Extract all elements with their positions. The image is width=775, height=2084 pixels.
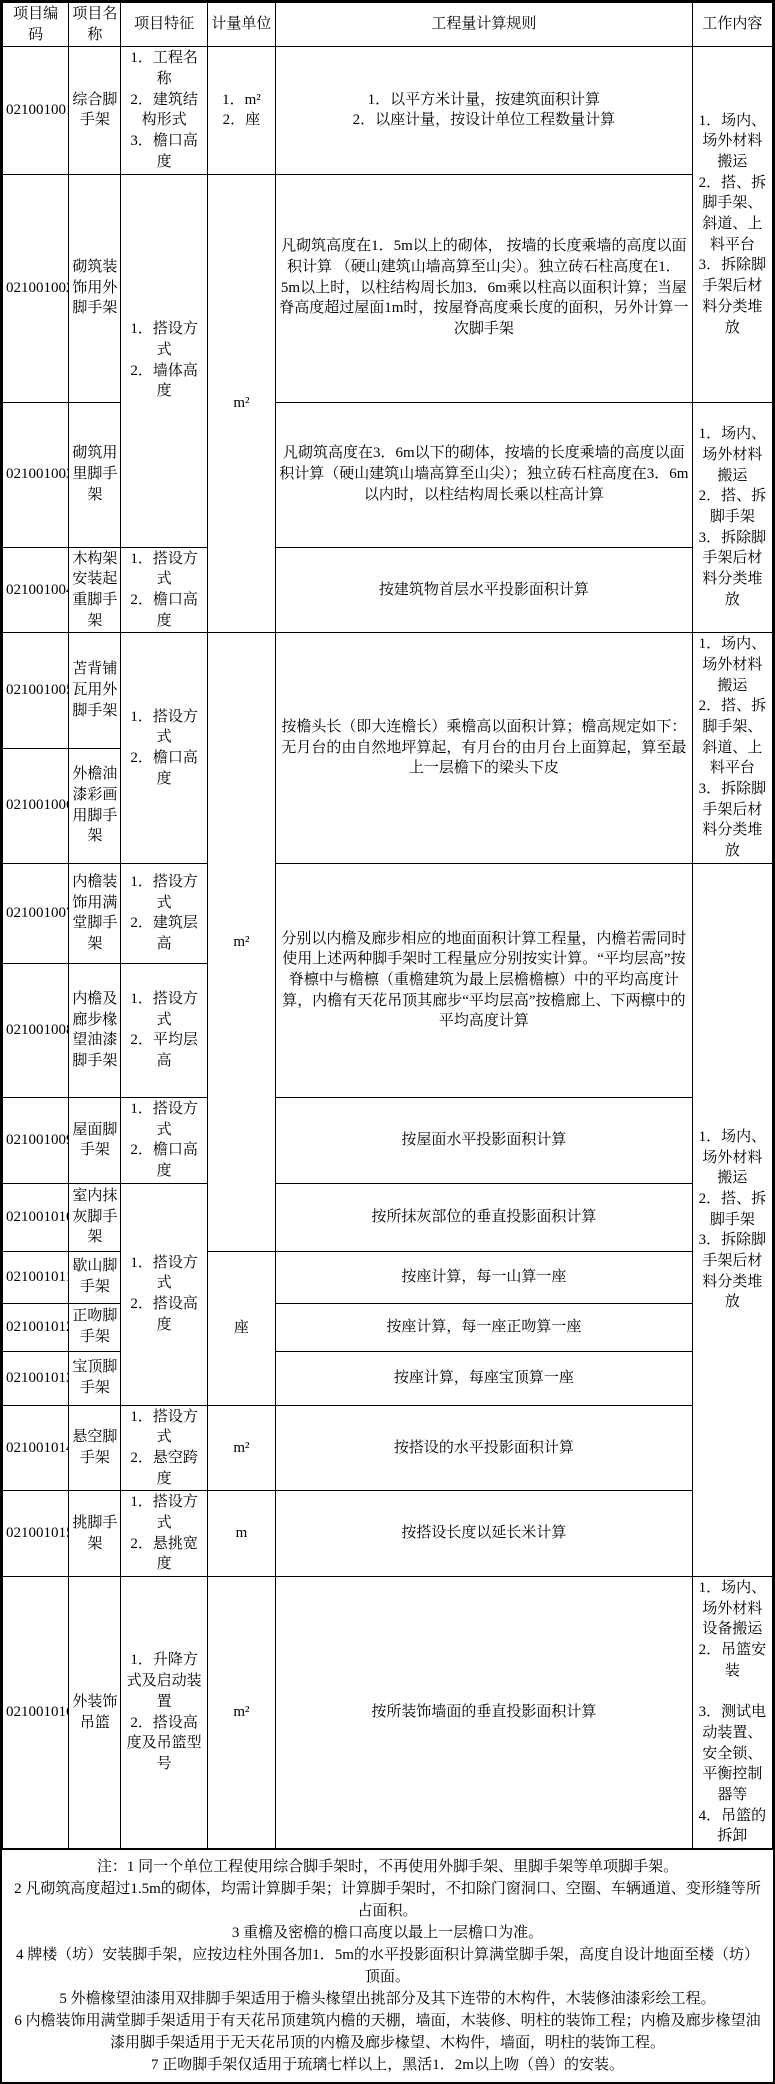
row6-name: 外檐油漆彩画用脚手架 bbox=[69, 748, 121, 863]
row12-code: 021001012 bbox=[3, 1303, 69, 1351]
row13-code: 021001013 bbox=[3, 1351, 69, 1405]
row5-name: 苫背铺瓦用外脚手架 bbox=[69, 633, 121, 748]
feature-cell-rows5-6: 1．搭设方式 2．檐口高度 bbox=[121, 633, 207, 864]
table-notes: 注：1 同一个单位工程使用综合脚手架时，不再使用外脚手架、里脚手架等单项脚手架。… bbox=[2, 1849, 773, 2082]
row16-rule: 按所装饰墙面的垂直投影面积计算 bbox=[276, 1577, 693, 1849]
table-row: 021001015 挑脚手架 1．搭设方式 2．悬挑宽度 m 按搭设长度以延长米… bbox=[3, 1491, 773, 1577]
note-7: 7 正吻脚手架仅适用于琉璃七样以上，黑活1．2m以上吻（兽）的安装。 bbox=[12, 2054, 763, 2076]
work-cell-rows7-15: 1．场内、场外材料搬运 2．搭、拆脚手架 3．拆除脚手架后材料分类堆放 bbox=[692, 863, 772, 1576]
row9-rule: 按屋面水平投影面积计算 bbox=[276, 1097, 693, 1183]
work-cell-row16: 1．场内、场外材料设备搬运 2．吊篮安装 3．测试电动装置、安全锁、平衡控制器等… bbox=[692, 1577, 772, 1849]
row16-feature: 1．升降方式及启动装置 2．搭设高度及吊篮型号 bbox=[121, 1577, 207, 1849]
row11-name: 歇山脚手架 bbox=[69, 1251, 121, 1303]
row16-name: 外装饰吊篮 bbox=[69, 1577, 121, 1849]
row15-unit: m bbox=[207, 1491, 275, 1577]
unit-cell-rows11-13: 座 bbox=[207, 1251, 275, 1405]
row7-code: 021001007 bbox=[3, 863, 69, 963]
row14-feature: 1．搭设方式 2．悬空跨度 bbox=[121, 1405, 207, 1491]
note-3: 3 重檐及密檐的檐口高度以最上一层檐口为准。 bbox=[12, 1922, 763, 1944]
table-row: 021001001 综合脚手架 1．工程名称 2．建筑结构形式 3．檐口高度 1… bbox=[3, 47, 773, 174]
row1-rule: 1．以平方米计量，按建筑面积计算 2．以座计量，按设计单位工程数量计算 bbox=[276, 47, 693, 174]
row13-rule: 按座计算，每座宝顶算一座 bbox=[276, 1351, 693, 1405]
row15-rule: 按搭设长度以延长米计算 bbox=[276, 1491, 693, 1577]
row1-feature: 1．工程名称 2．建筑结构形式 3．檐口高度 bbox=[121, 47, 207, 174]
row2-rule: 凡砌筑高度在1．5m以上的砌体， 按墙的长度乘墙的高度以面积计算 （硬山建筑山墙… bbox=[276, 174, 693, 402]
header-work-content: 工作内容 bbox=[692, 3, 772, 47]
table-row: 021001016 外装饰吊篮 1．升降方式及启动装置 2．搭设高度及吊篮型号 … bbox=[3, 1577, 773, 1849]
work-cell-rows3-4: 1．场内、场外材料搬运 2．搭、拆脚手架 3．拆除脚手架后材料分类堆放 bbox=[692, 402, 772, 633]
rule-cell-rows5-6: 按檐头长（即大连檐长）乘檐高以面积计算；檐高规定如下：无月台的由自然地坪算起，有… bbox=[276, 633, 693, 864]
unit-cell-rows5-10: m² bbox=[207, 633, 275, 1251]
table-row: 021001005 苫背铺瓦用外脚手架 1．搭设方式 2．檐口高度 m² 按檐头… bbox=[3, 633, 773, 748]
row7-feature: 1．搭设方式 2．建筑层高 bbox=[121, 863, 207, 963]
table-row: 021001004 木构架安装起重脚手架 1．搭设方式 2．檐口高度 按建筑物首… bbox=[3, 547, 773, 633]
row9-feature: 1．搭设方式 2．檐口高度 bbox=[121, 1097, 207, 1183]
table-row: 021001007 内檐装饰用满堂脚手架 1．搭设方式 2．建筑层高 分别以内檐… bbox=[3, 863, 773, 963]
quantity-rules-table: 项目编码 项目名称 项目特征 计量单位 工程量计算规则 工作内容 0210010… bbox=[2, 2, 773, 1849]
row6-code: 021001006 bbox=[3, 748, 69, 863]
row1-name: 综合脚手架 bbox=[69, 47, 121, 174]
row15-code: 021001015 bbox=[3, 1491, 69, 1577]
row3-code: 021001003 bbox=[3, 402, 69, 547]
table-row: 021001003 砌筑用里脚手架 凡砌筑高度在3．6m以下的砌体，按墙的长度乘… bbox=[3, 402, 773, 547]
note-4: 4 牌楼（坊）安装脚手架，应按边柱外围各加1．5m的水平投影面积计算满堂脚手架，… bbox=[12, 1944, 763, 1988]
header-measure-unit: 计量单位 bbox=[207, 3, 275, 47]
header-calc-rule: 工程量计算规则 bbox=[276, 3, 693, 47]
row5-code: 021001005 bbox=[3, 633, 69, 748]
row3-rule: 凡砌筑高度在3．6m以下的砌体，按墙的长度乘墙的高度以面积计算（硬山建筑山墙高算… bbox=[276, 402, 693, 547]
table-row: 021001013 宝顶脚手架 按座计算，每座宝顶算一座 bbox=[3, 1351, 773, 1405]
row10-name: 室内抹灰脚手架 bbox=[69, 1183, 121, 1251]
row15-name: 挑脚手架 bbox=[69, 1491, 121, 1577]
scaffolding-quantity-spec-sheet: 项目编码 项目名称 项目特征 计量单位 工程量计算规则 工作内容 0210010… bbox=[0, 0, 775, 2084]
header-row: 项目编码 项目名称 项目特征 计量单位 工程量计算规则 工作内容 bbox=[3, 3, 773, 47]
row11-rule: 按座计算，每一山算一座 bbox=[276, 1251, 693, 1303]
row15-feature: 1．搭设方式 2．悬挑宽度 bbox=[121, 1491, 207, 1577]
note-6: 6 内檐装饰用满堂脚手架适用于有天花吊顶建筑内檐的天棚，墙面，木装修、明柱的装饰… bbox=[12, 2010, 763, 2054]
row2-name: 砌筑装饰用外脚手架 bbox=[69, 174, 121, 402]
row3-name: 砌筑用里脚手架 bbox=[69, 402, 121, 547]
table-row: 021001012 正吻脚手架 按座计算，每一座正吻算一座 bbox=[3, 1303, 773, 1351]
header-project-code: 项目编码 bbox=[3, 3, 69, 47]
note-2: 2 凡砌筑高度超过1.5m的砌体，均需计算脚手架；计算脚手架时，不扣除门窗洞口、… bbox=[12, 1878, 763, 1922]
row4-name: 木构架安装起重脚手架 bbox=[69, 547, 121, 633]
row1-code: 021001001 bbox=[3, 47, 69, 174]
row10-code: 021001010 bbox=[3, 1183, 69, 1251]
note-5: 5 外檐椽望油漆用双排脚手架适用于檐头椽望出挑部分及其下连带的木构件，木装修油漆… bbox=[12, 1988, 763, 2010]
row14-name: 悬空脚手架 bbox=[69, 1405, 121, 1491]
row8-code: 021001008 bbox=[3, 963, 69, 1097]
note-1: 注：1 同一个单位工程使用综合脚手架时，不再使用外脚手架、里脚手架等单项脚手架。 bbox=[12, 1856, 763, 1878]
row13-name: 宝顶脚手架 bbox=[69, 1351, 121, 1405]
table-row: 021001002 砌筑装饰用外脚手架 1．搭设方式 2．墙体高度 m² 凡砌筑… bbox=[3, 174, 773, 402]
table-row: 021001011 歇山脚手架 座 按座计算，每一山算一座 bbox=[3, 1251, 773, 1303]
row2-code: 021001002 bbox=[3, 174, 69, 402]
table-row: 021001010 室内抹灰脚手架 1．搭设方式 2．搭设高度 按所抹灰部位的垂… bbox=[3, 1183, 773, 1251]
header-project-name: 项目名称 bbox=[69, 3, 121, 47]
row9-name: 屋面脚手架 bbox=[69, 1097, 121, 1183]
row8-feature: 1．搭设方式 2．平均层高 bbox=[121, 963, 207, 1097]
row12-name: 正吻脚手架 bbox=[69, 1303, 121, 1351]
work-cell-rows5-6: 1．场内、场外材料搬运 2．搭、拆脚手架、斜道、上料平台 3．拆除脚手架后材料分… bbox=[692, 633, 772, 864]
row16-unit: m² bbox=[207, 1577, 275, 1849]
table-row: 021001009 屋面脚手架 1．搭设方式 2．檐口高度 按屋面水平投影面积计… bbox=[3, 1097, 773, 1183]
feature-cell-rows10-13: 1．搭设方式 2．搭设高度 bbox=[121, 1183, 207, 1405]
unit-cell-rows2-4: m² bbox=[207, 174, 275, 633]
table-row: 021001014 悬空脚手架 1．搭设方式 2．悬空跨度 m² 按搭设的水平投… bbox=[3, 1405, 773, 1491]
row10-rule: 按所抹灰部位的垂直投影面积计算 bbox=[276, 1183, 693, 1251]
row11-code: 021001011 bbox=[3, 1251, 69, 1303]
row14-code: 021001014 bbox=[3, 1405, 69, 1491]
work-cell-rows1-2: 1．场内、场外材料搬运 2．搭、拆脚手架、斜道、上料平台 3．拆除脚手架后材料分… bbox=[692, 47, 772, 402]
row12-rule: 按座计算，每一座正吻算一座 bbox=[276, 1303, 693, 1351]
row4-feature: 1．搭设方式 2．檐口高度 bbox=[121, 547, 207, 633]
row7-name: 内檐装饰用满堂脚手架 bbox=[69, 863, 121, 963]
row16-code: 021001016 bbox=[3, 1577, 69, 1849]
row4-rule: 按建筑物首层水平投影面积计算 bbox=[276, 547, 693, 633]
row4-code: 021001004 bbox=[3, 547, 69, 633]
feature-cell-rows2-3: 1．搭设方式 2．墙体高度 bbox=[121, 174, 207, 547]
row1-unit: 1．m² 2．座 bbox=[207, 47, 275, 174]
rule-cell-rows7-8: 分别以内檐及廊步相应的地面面积计算工程量，内檐若需同时使用上述两种脚手架时工程量… bbox=[276, 863, 693, 1097]
row14-rule: 按搭设的水平投影面积计算 bbox=[276, 1405, 693, 1491]
row14-unit: m² bbox=[207, 1405, 275, 1491]
row8-name: 内檐及廊步椽望油漆脚手架 bbox=[69, 963, 121, 1097]
header-project-feature: 项目特征 bbox=[121, 3, 207, 47]
row9-code: 021001009 bbox=[3, 1097, 69, 1183]
